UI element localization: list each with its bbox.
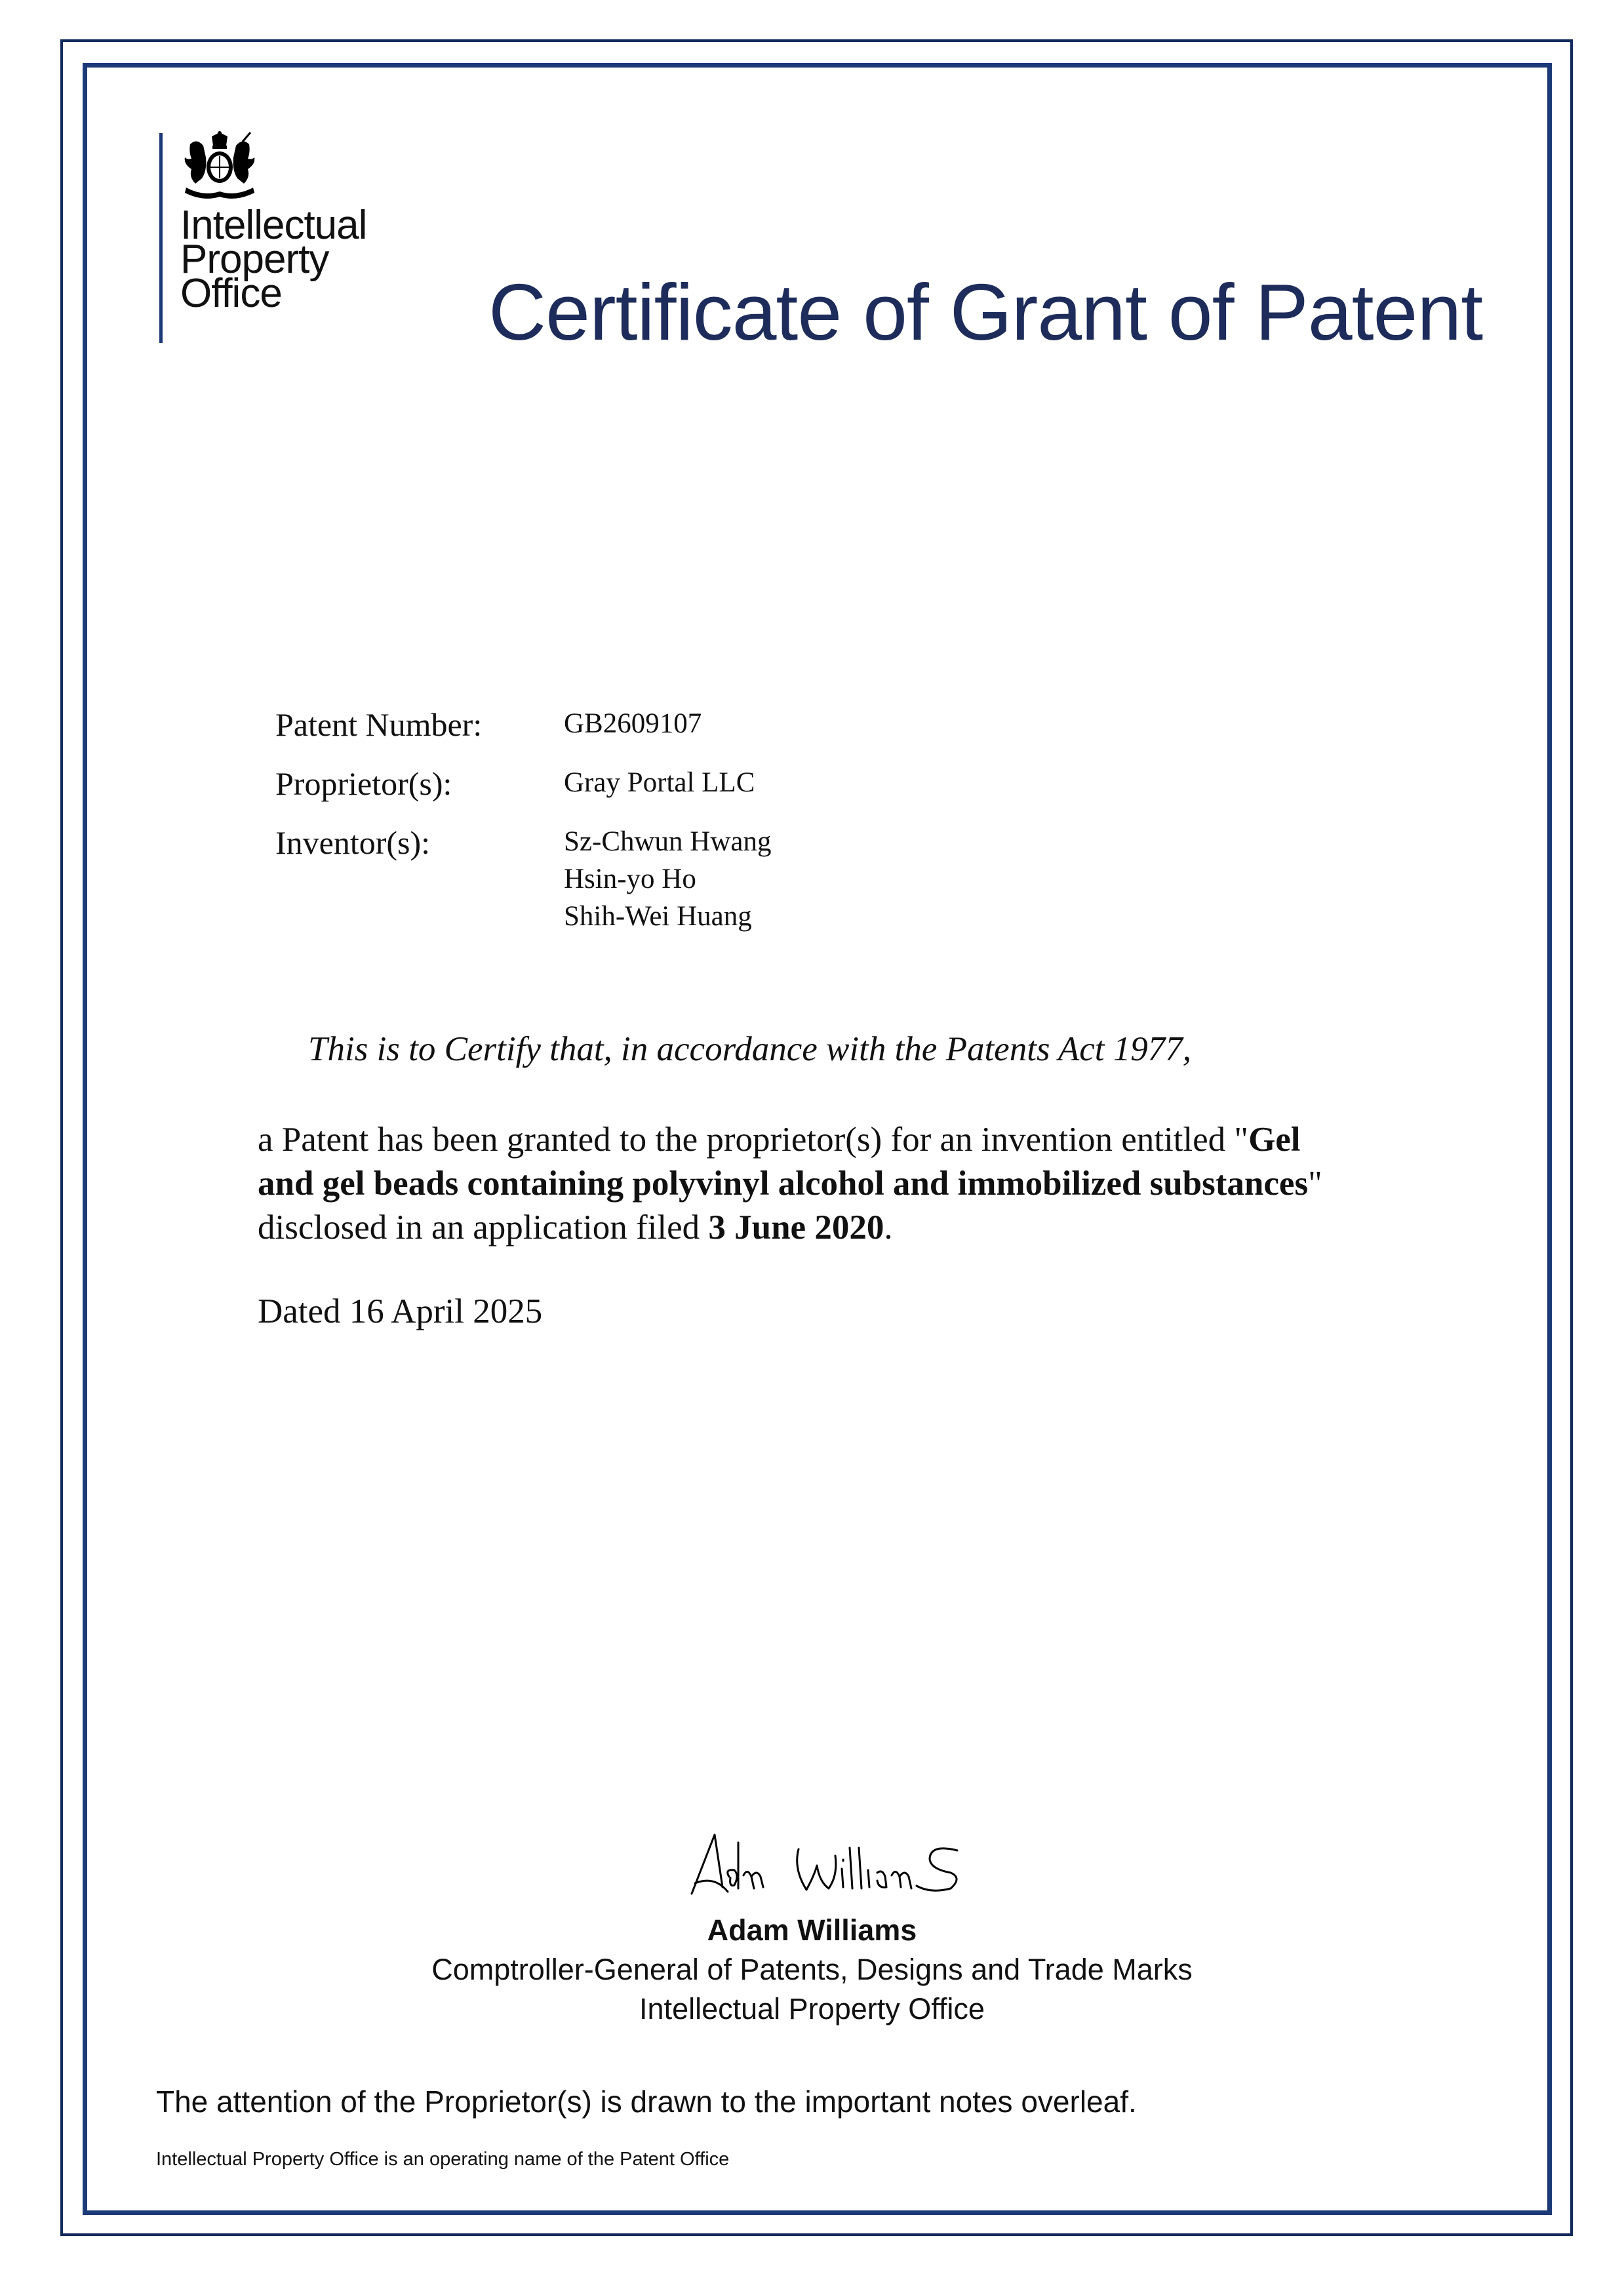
- inventor-name: Hsin-yo Ho: [564, 860, 772, 898]
- inventor-name: Shih-Wei Huang: [564, 898, 772, 935]
- handwritten-signature-icon: [688, 1829, 964, 1902]
- signatory-name: Adam Williams: [0, 1913, 1624, 1947]
- proprietor-value: Gray Portal LLC: [564, 764, 755, 803]
- patent-number-label: Patent Number:: [275, 705, 564, 744]
- patent-number-value: GB2609107: [564, 705, 702, 744]
- office-logo-text: Intellectual Property Office: [180, 209, 366, 311]
- royal-coat-of-arms-icon: [177, 131, 262, 203]
- grant-date: Dated 16 April 2025: [258, 1292, 542, 1331]
- certificate-title: Certificate of Grant of Patent: [488, 272, 1482, 352]
- filing-date: 3 June 2020: [708, 1208, 884, 1247]
- proprietor-label: Proprietor(s):: [275, 764, 564, 803]
- inventor-row: Inventor(s): Sz-Chwun Hwang Hsin-yo Ho S…: [275, 823, 772, 935]
- proprietor-row: Proprietor(s): Gray Portal LLC: [275, 764, 772, 803]
- certify-statement: This is to Certify that, in accordance w…: [308, 1029, 1191, 1069]
- signatory-title: Comptroller-General of Patents, Designs …: [0, 1953, 1624, 1987]
- logo-divider-bar: [159, 133, 163, 343]
- footnote: Intellectual Property Office is an opera…: [156, 2149, 729, 2170]
- proprietor-notice: The attention of the Proprietor(s) is dr…: [156, 2084, 1137, 2119]
- quote-open: ": [1234, 1121, 1248, 1159]
- signatory-organisation: Intellectual Property Office: [0, 1992, 1624, 2026]
- quote-close: ": [1308, 1165, 1322, 1203]
- patent-number-row: Patent Number: GB2609107: [275, 705, 772, 744]
- inventor-name: Sz-Chwun Hwang: [564, 823, 772, 860]
- grant-intro: a Patent has been granted to the proprie…: [258, 1121, 1225, 1159]
- grant-end: .: [884, 1208, 892, 1247]
- grant-paragraph: a Patent has been granted to the proprie…: [258, 1118, 1346, 1250]
- patent-fields: Patent Number: GB2609107 Proprietor(s): …: [275, 705, 772, 955]
- inventor-list: Sz-Chwun Hwang Hsin-yo Ho Shih-Wei Huang: [564, 823, 772, 935]
- inventor-label: Inventor(s):: [275, 823, 564, 935]
- filed-text: disclosed in an application filed: [258, 1208, 708, 1247]
- logo-line: Office: [180, 277, 366, 311]
